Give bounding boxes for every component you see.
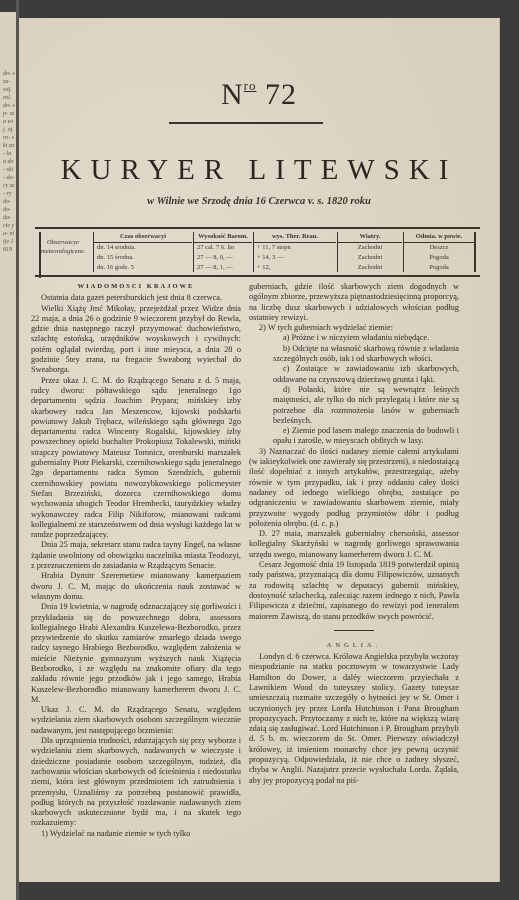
left-column: WIADOMOSCI KRAJOWE Ostatnia data gazet p… [31, 282, 241, 839]
article-paragraph: Dnia 19 kwietnia, w nagrodę odznaczające… [31, 602, 241, 705]
cell-wind: Zachodni [338, 253, 402, 263]
cell-state: Pogoda [404, 263, 474, 273]
weather-col-state: Odmia. w powie. Deszcz Pogoda Pogoda [403, 232, 476, 272]
article-paragraph: D. 27 maia, marszałek gubernialny cherso… [249, 529, 459, 560]
weather-col-barometer: Wysokość Barom. 27 cal. 7 6. lin 27 — 8,… [193, 232, 252, 272]
masthead-title: KURYER LITEWSKI [19, 154, 499, 187]
section-title-domestic: WIADOMOSCI KRAJOWE [31, 282, 241, 292]
cell-time: dn. 14 srodnia. [94, 243, 192, 253]
issue-sup: ro [244, 78, 257, 93]
header-wind: Wiatry. [338, 232, 402, 243]
article-paragraph: Cesarz Jegomość dnia 19 listopada 1819 p… [249, 560, 459, 622]
cell-wind: Zachodni [338, 263, 402, 273]
cell-time: dn. 15 środna. [94, 253, 192, 263]
masthead-rule [169, 122, 323, 124]
weather-col-thermometer: wys. Ther. Reau. + 11, 7 stopn + 14, 3 —… [253, 232, 336, 272]
cell-thermometer: + 14, 3 — [254, 253, 336, 263]
weather-row-label: Obserwacye meteorologiczne. [39, 232, 85, 278]
article-paragraph: Przez ukaz J. C. M. do Rządzącego Senatu… [31, 376, 241, 541]
cell-thermometer: + 11, 7 stopn [254, 243, 336, 253]
right-column: guberniach, gdzie ilość skarbowych ziem … [249, 282, 459, 786]
cell-barometer: 27 — 8, 1, — [194, 263, 252, 273]
cell-time: dn. 16 godz. 5 [94, 263, 192, 273]
article-paragraph: guberniach, gdzie ilość skarbowych ziem … [249, 282, 459, 323]
article-paragraph: 2) W tych guberniach wydzielać ziemie: [249, 323, 459, 333]
article-paragraph: 3) Naznaczać do ilości nadaney ziemie ca… [249, 447, 459, 529]
list-item: b) Odcięte na własność skarbową równie z… [249, 344, 459, 365]
header-state: Odmia. w powie. [404, 232, 474, 243]
header-thermometer: wys. Ther. Reau. [254, 232, 336, 243]
cell-state: Deszcz [404, 243, 474, 253]
article-paragraph: 1) Wydzielać na nadanie ziemie w tych ty… [31, 829, 241, 839]
article-paragraph: Dla uprzątnienia trudności, zdarzających… [31, 736, 241, 829]
article-paragraph: Londyn d. 6 czerwca. Królowa Angielska p… [249, 652, 459, 786]
cell-thermometer: + 12, [254, 263, 336, 273]
newspaper-page: Nro 72 KURYER LITEWSKI w Wilnie we Srzod… [19, 18, 499, 882]
header-barometer: Wysokość Barom. [194, 232, 252, 243]
section-divider [334, 630, 374, 631]
article-paragraph: Dnia 25 maja, sekretarz stanu radca tayn… [31, 540, 241, 571]
list-item: c) Zostaiące w zawiadowaniu izb skarbowy… [249, 364, 459, 385]
article-paragraph: Ukaz J. C. M. do Rządzącego Senatu, wzgl… [31, 705, 241, 736]
issue-number-value: 72 [265, 78, 297, 111]
cell-barometer: 27 — 8, 0, — [194, 253, 252, 263]
previous-page-text: do- sza- wij. rol. do- sp- sza wij. oj. … [3, 70, 15, 254]
header-time: Czas obserwacyi [94, 232, 192, 243]
list-item: a) Próżne i w niczyiem władaniu niebędąc… [249, 333, 459, 343]
issue-label: N [221, 78, 244, 111]
cell-state: Pogoda [404, 253, 474, 263]
cell-barometer: 27 cal. 7 6. lin [194, 243, 252, 253]
weather-col-wind: Wiatry. Zachodni Zachodni Zachodni [337, 232, 402, 272]
section-title-england: ANGLIA. [249, 641, 459, 651]
list-item: e) Ziemie pod lasem małego znaczenia do … [249, 426, 459, 447]
dateline: w Wilnie we Srzodę dnia 16 Czerwca v. s.… [19, 196, 499, 207]
previous-page-edge: do- sza- wij. rol. do- sp- sza wij. oj. … [0, 12, 16, 900]
weather-col-time: Czas obserwacyi dn. 14 srodnia. dn. 15 ś… [93, 232, 192, 272]
issue-number: Nro 72 [19, 78, 499, 112]
article-paragraph: Hrabia Dymitr Szeremetiew mianowany kame… [31, 571, 241, 602]
article-paragraph: Wielki Xiążę Jmć Mikołay, przejeżdżał pr… [31, 304, 241, 376]
list-item: d) Polanki, które nie są wewnątrz leśnyc… [249, 385, 459, 426]
article-paragraph: Ostatnia data gazet petersburskich jest … [31, 293, 241, 303]
weather-table: Obserwacye meteorologiczne. Czas obserwa… [35, 227, 480, 277]
cell-wind: Zachodni [338, 243, 402, 253]
